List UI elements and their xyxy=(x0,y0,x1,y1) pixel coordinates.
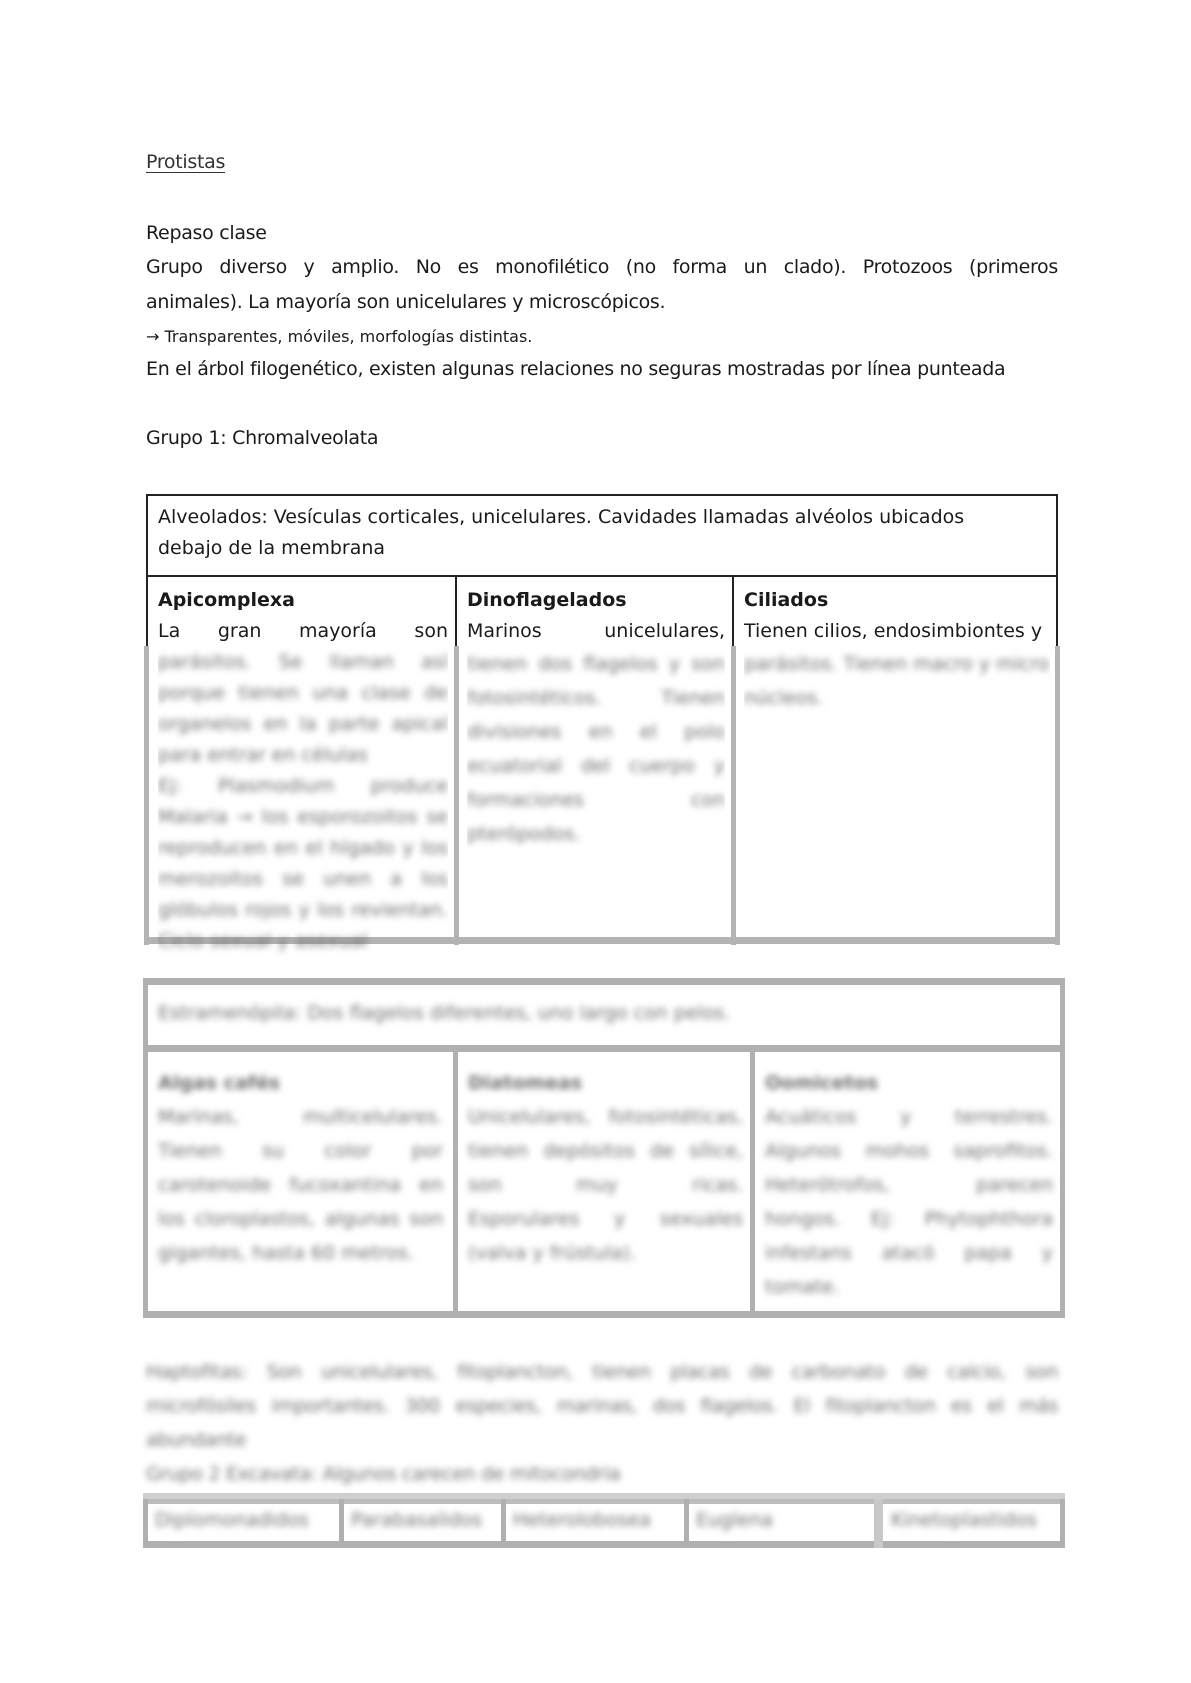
text-line: para entrar en células xyxy=(158,740,448,771)
excavata-col-5: Kinetoplastidos xyxy=(891,1505,1056,1536)
text-line: reproducen en el hígado y los xyxy=(158,833,448,864)
alveolados-header-cell: Alveolados: Vesículas corticales, unicel… xyxy=(158,502,1048,564)
excavata-table: Diplomonadidos Parabasalidos Heterolobos… xyxy=(143,1493,1065,1549)
apicomplexa-cell: Apicomplexa La gran mayoría son parásito… xyxy=(158,585,448,957)
group2-heading: Grupo 2 Excavata: Algunos carecen de mit… xyxy=(146,1457,620,1492)
text-line: formaciones con xyxy=(467,783,725,817)
text-line: Ej: Plasmodium produce xyxy=(158,771,448,802)
group1-heading: Grupo 1: Chromalveolata xyxy=(146,421,378,456)
apicomplexa-title: Apicomplexa xyxy=(158,585,448,616)
page-title: Protistas xyxy=(146,145,225,180)
text-line: pterópodos. xyxy=(467,817,725,851)
text-line: parásitos. Se llaman así xyxy=(158,647,448,678)
dinoflagelados-cell: Dinoflagelados Marinos unicelulares, tie… xyxy=(467,585,725,851)
text-line: glóbulos rojos y los revientan. xyxy=(158,895,448,926)
dinoflagelados-title: Dinoflagelados xyxy=(467,585,725,616)
arrow-note: → Transparentes, móviles, morfologías di… xyxy=(146,325,532,349)
text-line: Acuáticos y terrestres. xyxy=(765,1100,1053,1134)
oomicetos-cell: Oomicetos Acuáticos y terrestres. Alguno… xyxy=(765,1066,1053,1304)
text-line: Malaria → los esporozoitos se xyxy=(158,802,448,833)
estramenopilos-table: Estramenópila: Dos flagelos diferentes, … xyxy=(143,978,1065,1318)
ciliados-title: Ciliados xyxy=(744,585,1050,616)
ciliados-cell: Ciliados Tienen cilios, endosimbiontes y… xyxy=(744,585,1050,715)
text-line: merozoitos se unen a los xyxy=(158,864,448,895)
text-line: carotenoide fucoxantina en xyxy=(158,1168,443,1202)
diatomeas-cell: Diatomeas Unicelulares, fotosintéticas, … xyxy=(468,1066,743,1270)
intro-paragraph-line-1: Grupo diverso y amplio. No es monofiléti… xyxy=(146,250,1058,285)
alveolados-header-line-1: Alveolados: Vesículas corticales, unicel… xyxy=(158,502,1048,533)
haptofitas-line-3: abundante xyxy=(146,1423,246,1458)
text-line: Marinas, multicelulares. xyxy=(158,1100,443,1134)
section-heading-repaso: Repaso clase xyxy=(146,216,267,251)
algas-cafes-title: Algas cafés xyxy=(158,1066,443,1100)
text-line: ecuatorial del cuerpo y xyxy=(467,749,725,783)
text-line: Unicelulares, fotosintéticas, xyxy=(468,1100,743,1134)
excavata-col-4: Euglena xyxy=(696,1505,866,1536)
text-line: porque tienen una clase de xyxy=(158,678,448,709)
estramenopilos-header: Estramenópila: Dos flagelos diferentes, … xyxy=(158,998,1048,1029)
text-line: fotosintéticos. Tienen xyxy=(467,681,725,715)
apicomplexa-blurred-text: parásitos. Se llaman así porque tienen u… xyxy=(158,647,448,957)
ciliados-text-first-line: Tienen cilios, endosimbiontes y xyxy=(744,616,1050,647)
text-line: tienen dos flagelos y son xyxy=(467,647,725,681)
algas-cafes-cell: Algas cafés Marinas, multicelulares. Tie… xyxy=(158,1066,443,1270)
phylogenetic-tree-note: En el árbol filogenético, existen alguna… xyxy=(146,352,1005,387)
text-line: tienen depósitos de sílice, xyxy=(468,1134,743,1168)
text-line: organelos en la parte apical xyxy=(158,709,448,740)
text-line: Algunos mohos saprofitos. xyxy=(765,1134,1053,1168)
apicomplexa-text-first-line: La gran mayoría son xyxy=(158,616,448,647)
excavata-col-1: Diplomonadidos xyxy=(155,1505,335,1536)
text-line: Heterótrofos, parecen xyxy=(765,1168,1053,1202)
text-line: (valva y frústula). xyxy=(468,1236,743,1270)
text-line: gigantes, hasta 60 metros. xyxy=(158,1236,443,1270)
text-line: los cloroplastos, algunas son xyxy=(158,1202,443,1236)
text-line: tomate. xyxy=(765,1270,1053,1304)
haptofitas-line-2: microfósiles importantes. 300 especies, … xyxy=(146,1389,1058,1424)
alveolados-header-line-2: debajo de la membrana xyxy=(158,533,1048,564)
alveolados-table: Alveolados: Vesículas corticales, unicel… xyxy=(146,494,1058,945)
text-line: núcleos. xyxy=(744,681,1050,715)
haptofitas-line-1: Haptofitas: Son unicelulares, fitoplanct… xyxy=(146,1355,1058,1390)
excavata-col-2: Parabasalidos xyxy=(351,1505,499,1536)
text-line: Ciclo sexual y asexual xyxy=(158,926,448,957)
text-line: Esporulares y sexuales xyxy=(468,1202,743,1236)
ciliados-blurred-text: parásitos. Tienen macro y micro núcleos. xyxy=(744,647,1050,715)
text-line: infestans atacó papa y xyxy=(765,1236,1053,1270)
dinoflagelados-text-first-line: Marinos unicelulares, xyxy=(467,616,725,647)
oomicetos-title: Oomicetos xyxy=(765,1066,1053,1100)
diatomeas-title: Diatomeas xyxy=(468,1066,743,1100)
text-line: hongos. Ej: Phytophthora xyxy=(765,1202,1053,1236)
text-line: Tienen su color por xyxy=(158,1134,443,1168)
dinoflagelados-blurred-text: tienen dos flagelos y son fotosintéticos… xyxy=(467,647,725,851)
text-line: son muy ricas. xyxy=(468,1168,743,1202)
intro-paragraph-line-2: animales). La mayoría son unicelulares y… xyxy=(146,285,665,320)
text-line: divisiones en el polo xyxy=(467,715,725,749)
text-line: parásitos. Tienen macro y micro xyxy=(744,647,1050,681)
excavata-col-3: Heterolobosea xyxy=(513,1505,683,1536)
